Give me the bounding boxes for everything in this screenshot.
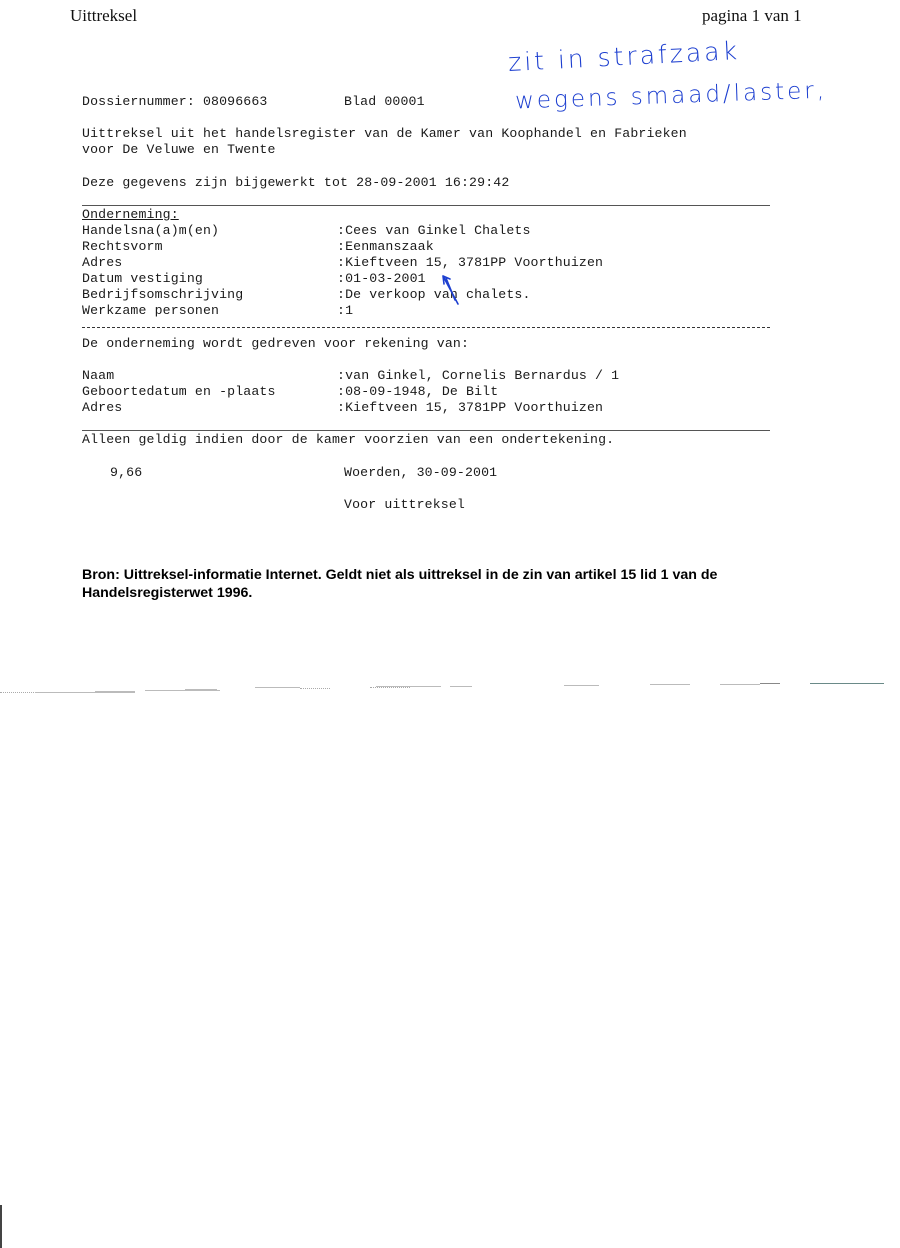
pen-arrow-mark-icon (440, 272, 464, 308)
field-value: :van Ginkel, Cornelis Bernardus / 1 (337, 368, 619, 383)
intro-line2: voor De Veluwe en Twente (82, 142, 276, 157)
field-label: Bedrijfsomschrijving (82, 287, 243, 302)
price: 9,66 (110, 465, 142, 480)
document-title: Uittreksel (70, 6, 137, 26)
page-indicator: pagina 1 van 1 (702, 6, 802, 26)
field-value: :Cees van Ginkel Chalets (337, 223, 531, 238)
divider (82, 205, 770, 206)
field-label: Rechtsvorm (82, 239, 163, 254)
blad-number: 00001 (384, 94, 424, 109)
handwritten-note-line1: zit in strafzaak (507, 36, 740, 77)
section-heading-onderneming: Onderneming: (82, 207, 179, 222)
intro-line1: Uittreksel uit het handelsregister van d… (82, 126, 687, 141)
dossier-number: 08096663 (203, 94, 268, 109)
field-label: Geboortedatum en -plaats (82, 384, 276, 399)
place-date: Woerden, 30-09-2001 (344, 465, 497, 480)
updated-timestamp: Deze gegevens zijn bijgewerkt tot 28-09-… (82, 175, 509, 190)
field-value: :1 (337, 303, 353, 318)
field-value: :01-03-2001 (337, 271, 426, 286)
dossier-label: Dossiernummer: (82, 94, 195, 109)
field-value: :08-09-1948, De Bilt (337, 384, 498, 399)
validity-note: Alleen geldig indien door de kamer voorz… (82, 432, 614, 447)
blad-label: Blad (344, 94, 376, 109)
field-label: Adres (82, 400, 122, 415)
scan-edge-shadow (0, 1205, 2, 1248)
owner-intro: De onderneming wordt gedreven voor reken… (82, 336, 469, 351)
divider (82, 430, 770, 431)
field-label: Werkzame personen (82, 303, 219, 318)
purpose: Voor uittreksel (344, 497, 465, 512)
field-label: Handelsna(a)m(en) (82, 223, 219, 238)
field-label: Naam (82, 368, 114, 383)
field-value: :De verkoop van chalets. (337, 287, 531, 302)
handwritten-note-line2: wegens smaad/laster, (515, 78, 828, 115)
field-label: Adres (82, 255, 122, 270)
field-value: :Kieftveen 15, 3781PP Voorthuizen (337, 255, 603, 270)
source-disclaimer: Bron: Uittreksel-informatie Internet. Ge… (82, 566, 802, 602)
dossier-number-row: Dossiernummer: 08096663 (82, 94, 268, 109)
field-value: :Eenmanszaak (337, 239, 434, 254)
blad-row: Blad 00001 (344, 94, 425, 109)
dashed-divider (82, 327, 770, 328)
field-value: :Kieftveen 15, 3781PP Voorthuizen (337, 400, 603, 415)
field-label: Datum vestiging (82, 271, 203, 286)
